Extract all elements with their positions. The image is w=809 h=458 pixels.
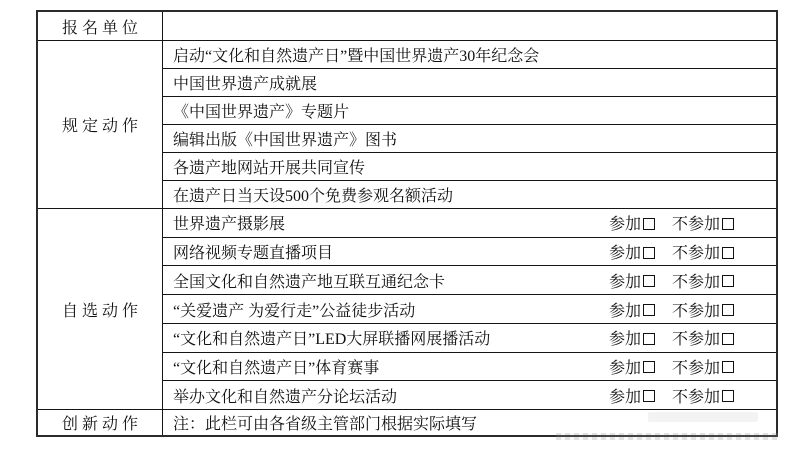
section-label: 自选动作 [62, 298, 142, 321]
section-registration-unit: 报名单位 [38, 12, 776, 41]
decline-option: 不参加 [672, 355, 734, 378]
decline-option: 不参加 [672, 240, 734, 263]
join-label: 参加 [609, 298, 641, 321]
section-label: 创新动作 [62, 411, 142, 434]
participation-choices: 参加不参加 [609, 326, 776, 349]
section-required-actions: 规定动作启动“文化和自然遗产日”暨中国世界遗产30年纪念会中国世界遗产成就展《中… [38, 41, 776, 209]
join-option: 参加 [609, 211, 655, 234]
decline-label: 不参加 [672, 240, 720, 263]
decline-option: 不参加 [672, 384, 734, 407]
rows-column: 启动“文化和自然遗产日”暨中国世界遗产30年纪念会中国世界遗产成就展《中国世界遗… [163, 41, 776, 208]
decline-checkbox[interactable] [722, 218, 734, 230]
section-label: 规定动作 [62, 113, 142, 136]
activity-row: 世界遗产摄影展参加不参加 [163, 209, 776, 238]
participation-choices: 参加不参加 [609, 240, 776, 263]
section-optional-actions: 自选动作世界遗产摄影展参加不参加网络视频专题直播项目参加不参加全国文化和自然遗产… [38, 209, 776, 410]
activity-row: “关爱遗产 为爱行走”公益徒步活动参加不参加 [163, 295, 776, 324]
join-option: 参加 [609, 298, 655, 321]
decline-checkbox[interactable] [722, 275, 734, 287]
decline-label: 不参加 [672, 211, 720, 234]
participation-choices: 参加不参加 [609, 269, 776, 292]
registration-form-table: 报名单位规定动作启动“文化和自然遗产日”暨中国世界遗产30年纪念会中国世界遗产成… [36, 10, 778, 437]
activity-text: 在遗产日当天设500个免费参观名额活动 [173, 183, 453, 206]
join-checkbox[interactable] [643, 361, 655, 373]
decline-label: 不参加 [672, 269, 720, 292]
join-label: 参加 [609, 384, 641, 407]
join-option: 参加 [609, 355, 655, 378]
join-checkbox[interactable] [643, 390, 655, 402]
activity-row: 注：此栏可由各省级主管部门根据实际填写 [163, 410, 776, 435]
participation-choices: 参加不参加 [609, 298, 776, 321]
join-option: 参加 [609, 326, 655, 349]
registration-unit-input-area[interactable] [163, 12, 776, 40]
decline-label: 不参加 [672, 384, 720, 407]
activity-text: 中国世界遗产成就展 [173, 71, 317, 94]
decline-label: 不参加 [672, 326, 720, 349]
activity-row: 网络视频专题直播项目参加不参加 [163, 238, 776, 267]
activity-row: 举办文化和自然遗产分论坛活动参加不参加 [163, 381, 776, 409]
join-checkbox[interactable] [643, 304, 655, 316]
participation-choices: 参加不参加 [609, 355, 776, 378]
join-option: 参加 [609, 240, 655, 263]
activity-row: 各遗产地网站开展共同宣传 [163, 153, 776, 181]
decline-checkbox[interactable] [722, 333, 734, 345]
activity-row: 中国世界遗产成就展 [163, 69, 776, 97]
activity-text: 全国文化和自然遗产地互联互通纪念卡 [173, 269, 445, 292]
decline-label: 不参加 [672, 355, 720, 378]
activity-text: 网络视频专题直播项目 [173, 240, 333, 263]
decline-checkbox[interactable] [722, 390, 734, 402]
join-option: 参加 [609, 269, 655, 292]
decline-option: 不参加 [672, 298, 734, 321]
activity-row: “文化和自然遗产日”LED大屏联播网展播活动参加不参加 [163, 324, 776, 353]
activity-text: 世界遗产摄影展 [173, 211, 285, 234]
activity-row: 编辑出版《中国世界遗产》图书 [163, 125, 776, 153]
join-label: 参加 [609, 269, 641, 292]
decline-label: 不参加 [672, 298, 720, 321]
join-label: 参加 [609, 355, 641, 378]
activity-row: 在遗产日当天设500个免费参观名额活动 [163, 181, 776, 208]
join-checkbox[interactable] [643, 218, 655, 230]
label-cell-registration-unit: 报名单位 [38, 12, 163, 40]
label-cell-optional-actions: 自选动作 [38, 209, 163, 409]
decline-checkbox[interactable] [722, 304, 734, 316]
section-innovative-actions: 创新动作注：此栏可由各省级主管部门根据实际填写 [38, 410, 776, 435]
activity-text: 举办文化和自然遗产分论坛活动 [173, 384, 397, 407]
join-checkbox[interactable] [643, 333, 655, 345]
join-label: 参加 [609, 326, 641, 349]
activity-text: “文化和自然遗产日”体育赛事 [173, 355, 379, 378]
activity-text: “关爱遗产 为爱行走”公益徒步活动 [173, 298, 415, 321]
rows-column: 注：此栏可由各省级主管部门根据实际填写 [163, 410, 776, 435]
activity-text: 注：此栏可由各省级主管部门根据实际填写 [173, 411, 477, 434]
decline-option: 不参加 [672, 211, 734, 234]
decline-checkbox[interactable] [722, 361, 734, 373]
activity-text: 各遗产地网站开展共同宣传 [173, 155, 365, 178]
activity-text: 编辑出版《中国世界遗产》图书 [173, 127, 397, 150]
activity-text: 《中国世界遗产》专题片 [173, 99, 349, 122]
decline-option: 不参加 [672, 326, 734, 349]
join-checkbox[interactable] [643, 275, 655, 287]
join-option: 参加 [609, 384, 655, 407]
decline-checkbox[interactable] [722, 247, 734, 259]
activity-row: 全国文化和自然遗产地互联互通纪念卡参加不参加 [163, 266, 776, 295]
label-cell-innovative-actions: 创新动作 [38, 410, 163, 435]
activity-row: “文化和自然遗产日”体育赛事参加不参加 [163, 353, 776, 382]
join-label: 参加 [609, 240, 641, 263]
section-label: 报名单位 [62, 15, 142, 38]
participation-choices: 参加不参加 [609, 384, 776, 407]
participation-choices: 参加不参加 [609, 211, 776, 234]
rows-column: 世界遗产摄影展参加不参加网络视频专题直播项目参加不参加全国文化和自然遗产地互联互… [163, 209, 776, 409]
activity-text: “文化和自然遗产日”LED大屏联播网展播活动 [173, 326, 490, 349]
rows-column [163, 12, 776, 40]
join-checkbox[interactable] [643, 247, 655, 259]
activity-row: 《中国世界遗产》专题片 [163, 97, 776, 125]
join-label: 参加 [609, 211, 641, 234]
activity-row: 启动“文化和自然遗产日”暨中国世界遗产30年纪念会 [163, 41, 776, 69]
label-cell-required-actions: 规定动作 [38, 41, 163, 208]
decline-option: 不参加 [672, 269, 734, 292]
activity-text: 启动“文化和自然遗产日”暨中国世界遗产30年纪念会 [173, 43, 539, 66]
